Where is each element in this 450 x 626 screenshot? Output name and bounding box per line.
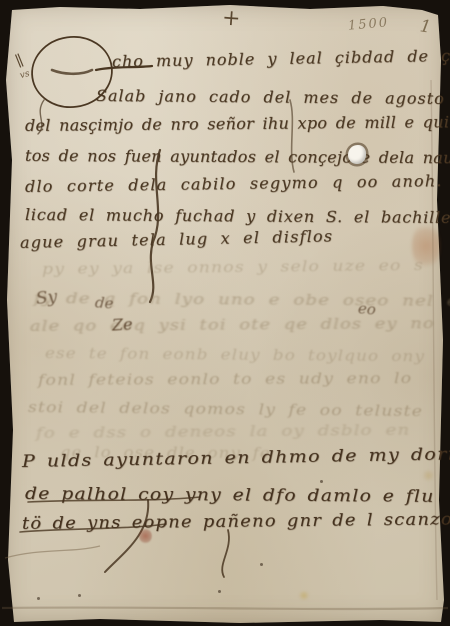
faded-line: ese te fon eonb eluy bo toylquo ony xyxy=(45,344,425,365)
ink-speck xyxy=(218,590,221,593)
manuscript-line: tos de nos fuen ayuntados el conçejo e d… xyxy=(25,146,450,167)
manuscript-line: de palhol coy yny el dfo damlo e flu xyxy=(25,484,435,507)
ink-speck xyxy=(78,594,81,597)
wax-blot xyxy=(139,528,152,544)
ink-accent: Sy xyxy=(35,287,58,309)
ink-speck xyxy=(37,597,40,600)
scanner-background: { "page": { "background_color": "#16110c… xyxy=(0,0,450,626)
ink-accent: Ze xyxy=(112,314,134,334)
ink-speck xyxy=(320,480,323,483)
manuscript-line: del nasçimjo de nro señor ihu xpo de mil… xyxy=(25,112,449,135)
manuscript-line: Salab jano cado del mes de agosto año xyxy=(96,86,450,108)
ink-speck xyxy=(260,563,263,566)
faded-line: fonl feteios eonlo to es udy eno lo xyxy=(38,369,412,389)
ink-accent: eo xyxy=(357,299,376,318)
worm-hole xyxy=(348,145,366,164)
faded-line: fo e dss o deneos la oy dsblo en xyxy=(36,421,410,442)
ink-accent: de xyxy=(94,293,114,312)
manuscript-line: licad el mucho fuchad y dixen S. el bach… xyxy=(25,205,450,227)
cross-mark: + xyxy=(221,5,241,31)
